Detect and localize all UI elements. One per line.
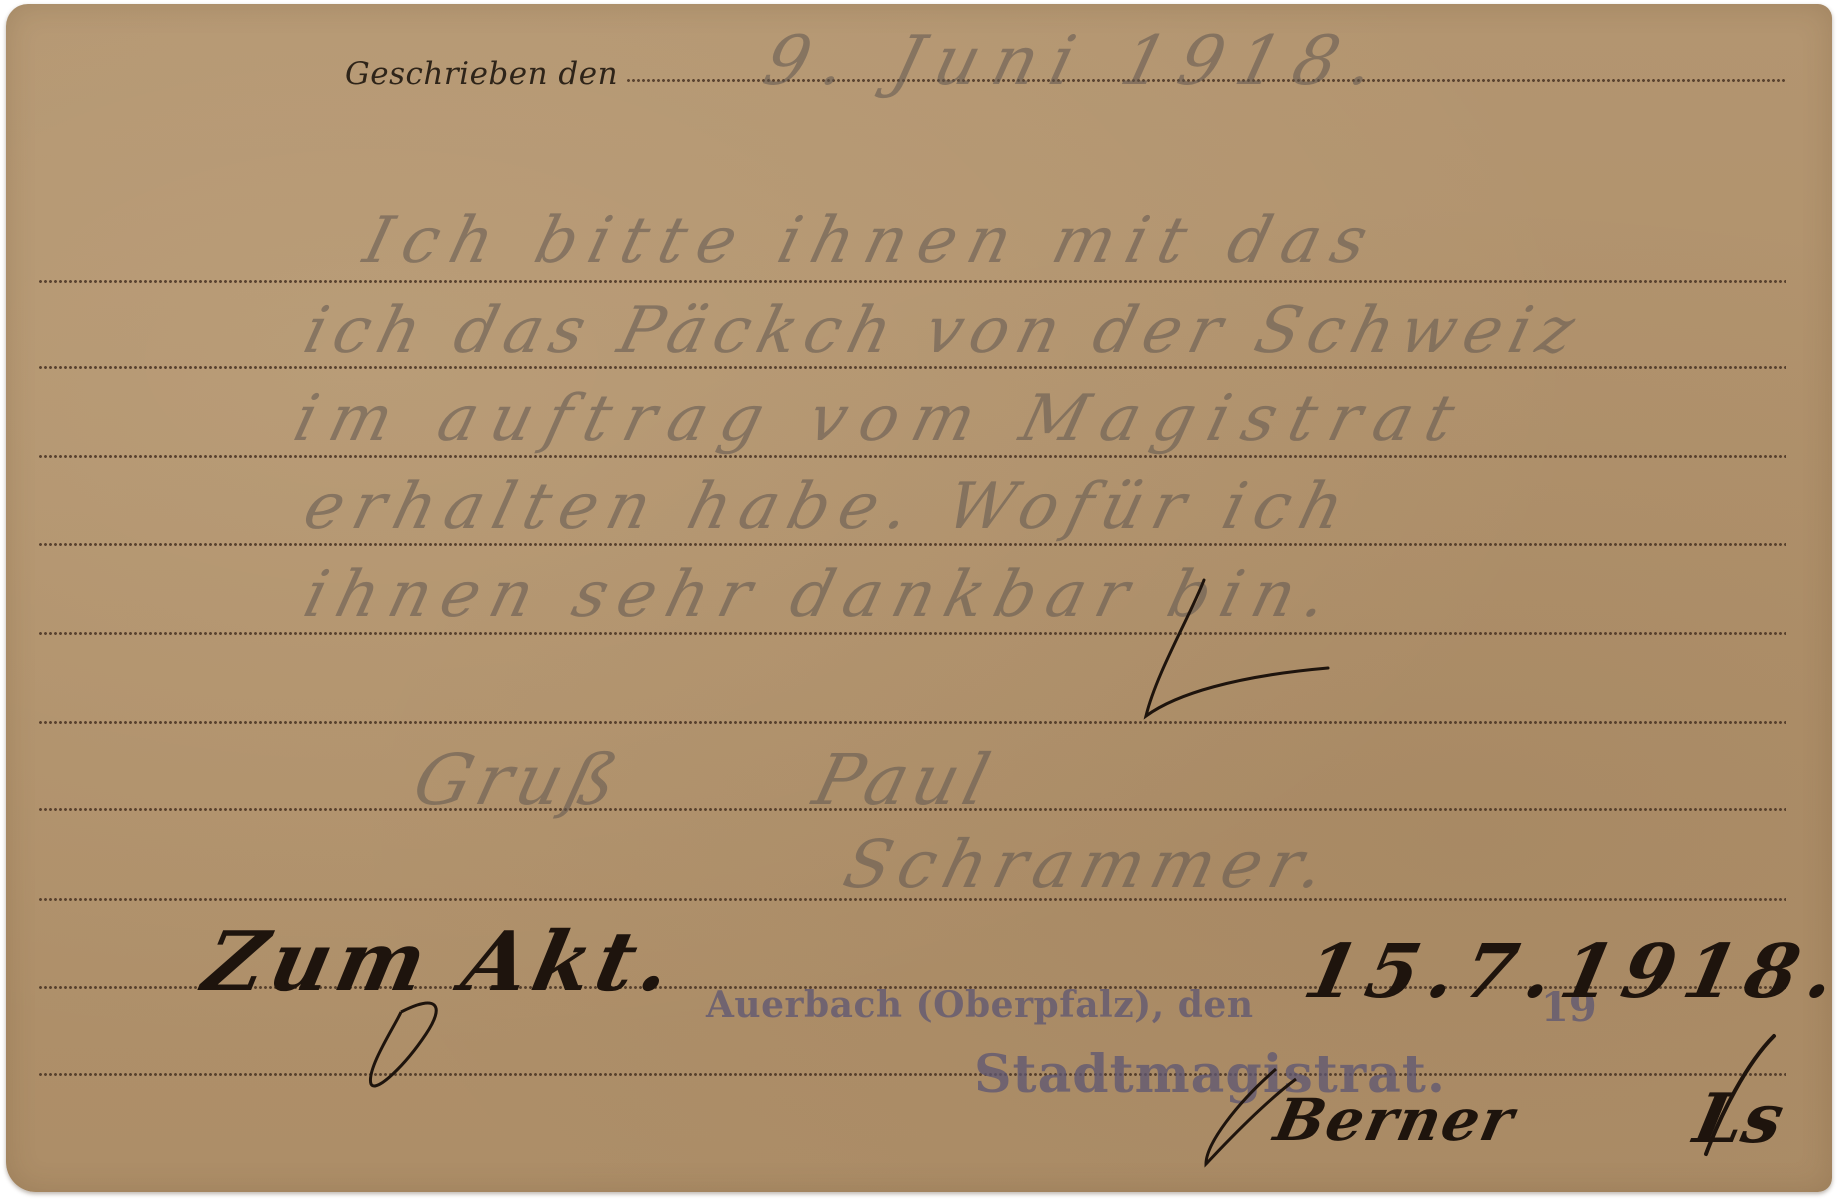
postcard: Geschrieben den 9. Juni 1918. Ich bitte … — [6, 4, 1832, 1192]
message-line: im auftrag vom Magistrat — [287, 382, 1476, 456]
ruled-line — [38, 280, 1786, 283]
message-line: ich das Päckch von der Schweiz — [297, 294, 1590, 368]
ruled-line — [38, 632, 1786, 635]
closing-greeting: Gruß — [406, 739, 632, 821]
ruled-line — [38, 721, 1786, 724]
ink-stamp-date: 15.7.1918. — [1297, 929, 1832, 1015]
message-line: Ich bitte ihnen mit das — [357, 204, 1387, 278]
message-line: erhalten habe. Wofür ich — [297, 470, 1361, 544]
stamp-place-line: Auerbach (Oberpfalz), den — [706, 984, 1254, 1026]
closing-last-name: Schrammer. — [836, 826, 1340, 903]
ruled-line — [38, 1073, 1786, 1076]
printed-header-label: Geschrieben den — [345, 56, 618, 92]
handwritten-date: 9. Juni 1918. — [756, 22, 1397, 101]
closing-first-name: Paul — [806, 739, 1004, 821]
signature: Berner — [1269, 1086, 1522, 1154]
initials: Ls — [1687, 1079, 1790, 1159]
message-line: ihnen sehr dankbar bin. — [297, 558, 1346, 632]
ink-annotation: Zum Akt. — [196, 914, 686, 1010]
